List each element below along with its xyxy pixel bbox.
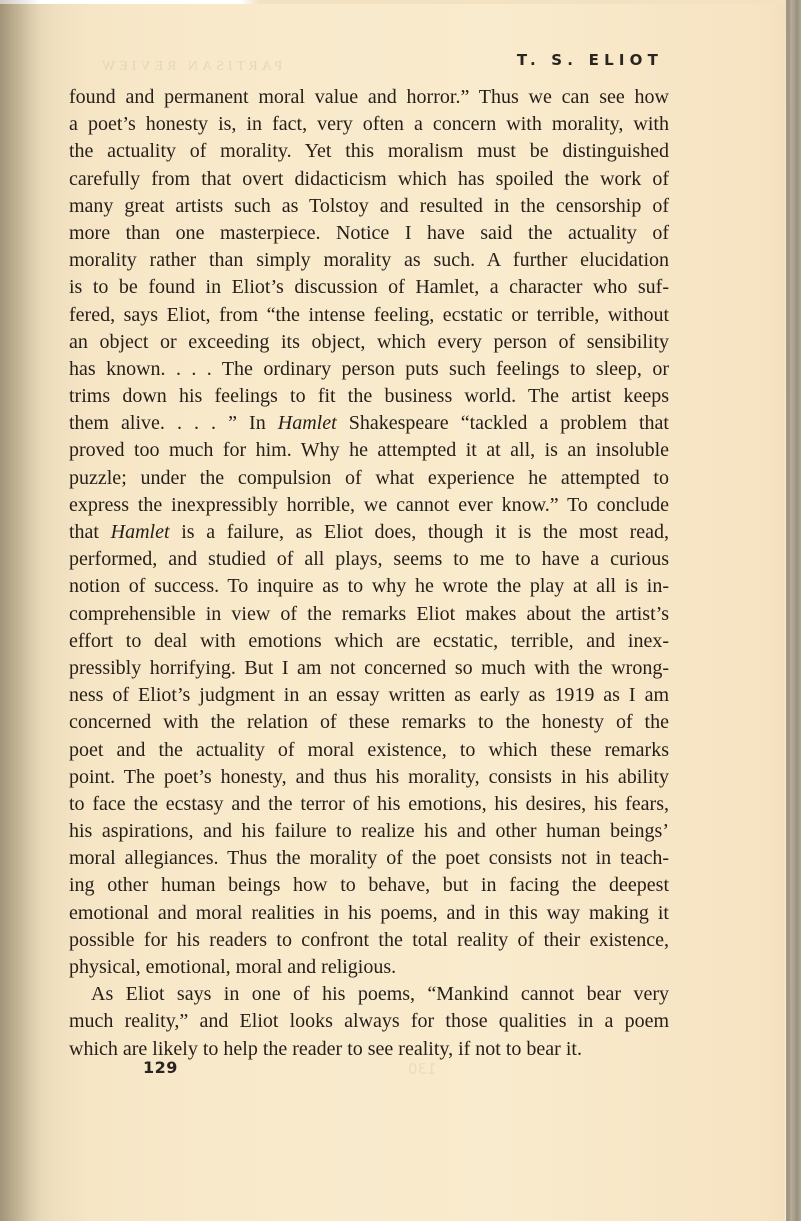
text-line: his aspirations, and his failure to real… [69, 818, 669, 845]
text-line: ness of Eliot’s judgment in an essay wri… [69, 682, 669, 709]
text-line: express the inexpressibly horrible, we c… [69, 492, 669, 519]
text-line: morality rather than simply morality as … [69, 247, 669, 274]
text-line: emotional and moral realities in his poe… [69, 900, 669, 927]
italic-title: Hamlet [278, 412, 337, 434]
body-text: found and permanent moral value and horr… [69, 84, 669, 1063]
text-line: physical, emotional, moral and religious… [69, 954, 669, 981]
binding-gutter-shadow [0, 0, 40, 1221]
text-line: that Hamlet is a failure, as Eliot does,… [69, 519, 669, 546]
page-stack-edge [786, 0, 801, 1221]
text-line: point. The poet’s honesty, and thus his … [69, 764, 669, 791]
text-line: possible for his readers to confront the… [69, 927, 669, 954]
text-line: performed, and studied of all plays, see… [69, 546, 669, 573]
text-line: comprehensible in view of the remarks El… [69, 601, 669, 628]
scan-top-edge [0, 0, 801, 4]
text-line: As Eliot says in one of his poems, “Mank… [69, 981, 669, 1008]
book-page: PARTISAN REVIEW T. S. ELIOT found and pe… [0, 0, 801, 1221]
paragraph: As Eliot says in one of his poems, “Mank… [69, 981, 669, 1063]
paragraph: found and permanent moral value and horr… [69, 84, 669, 981]
text-line: pressibly horrifying. But I am not conce… [69, 655, 669, 682]
running-head: T. S. ELIOT [517, 51, 663, 69]
show-through-page-number: 130 [408, 1060, 437, 1078]
text-line: poet and the actuality of moral existenc… [69, 737, 669, 764]
text-line: notion of success. To inquire as to why … [69, 573, 669, 600]
text-line: puzzle; under the compulsion of what exp… [69, 465, 669, 492]
text-line: many great artists such as Tolstoy and r… [69, 193, 669, 220]
text-line: trims down his feelings to fit the busin… [69, 383, 669, 410]
text-line: a poet’s honesty is, in fact, very often… [69, 111, 669, 138]
text-line: more than one masterpiece. Notice I have… [69, 220, 669, 247]
text-line: effort to deal with emotions which are e… [69, 628, 669, 655]
text-line: has known. . . . The ordinary person put… [69, 356, 669, 383]
text-line: carefully from that overt didacticism wh… [69, 166, 669, 193]
page-number: 129 [143, 1058, 178, 1077]
text-line: much reality,” and Eliot looks always fo… [69, 1008, 669, 1035]
text-line: found and permanent moral value and horr… [69, 84, 669, 111]
text-line: concerned with the relation of these rem… [69, 709, 669, 736]
text-line: fered, says Eliot, from “the intense fee… [69, 302, 669, 329]
italic-title: Hamlet [111, 521, 170, 543]
text-line: them alive. . . . ” In Hamlet Shakespear… [69, 410, 669, 437]
text-line: proved too much for him. Why he attempte… [69, 437, 669, 464]
show-through-running-head: PARTISAN REVIEW [98, 59, 282, 75]
text-line: the actuality of morality. Yet this mora… [69, 138, 669, 165]
text-line: moral allegiances. Thus the morality of … [69, 845, 669, 872]
text-line: to face the ecstasy and the terror of hi… [69, 791, 669, 818]
text-line: an object or exceeding its object, which… [69, 329, 669, 356]
text-line: ing other human beings how to behave, bu… [69, 872, 669, 899]
text-line: is to be found in Eliot’s discussion of … [69, 274, 669, 301]
